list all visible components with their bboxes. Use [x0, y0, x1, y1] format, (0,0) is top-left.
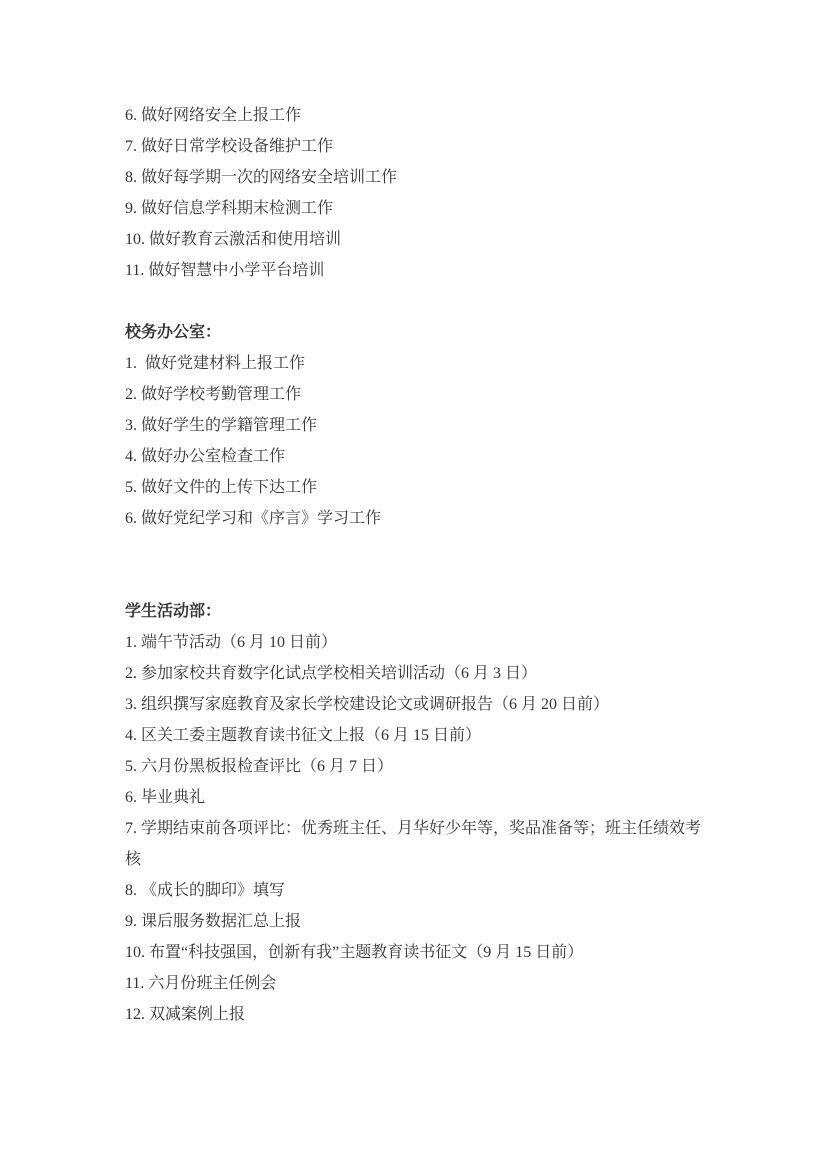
- list-item: 11. 做好智慧中小学平台培训: [125, 255, 703, 286]
- section-student-activities-heading: 学生活动部：: [125, 596, 703, 627]
- list-item: 3. 做好学生的学籍管理工作: [125, 410, 703, 441]
- list-item: 5. 六月份黑板报检查评比（6 月 7 日）: [125, 751, 703, 782]
- list-item: 12. 双减案例上报: [125, 999, 703, 1030]
- document-page: 6. 做好网络安全上报工作7. 做好日常学校设备维护工作8. 做好每学期一次的网…: [0, 0, 827, 1170]
- list-item: 9. 做好信息学科期末检测工作: [125, 193, 703, 224]
- list-item: 4. 做好办公室检查工作: [125, 441, 703, 472]
- list-item: 1. 端午节活动（6 月 10 日前）: [125, 627, 703, 658]
- section-school-affairs-office-heading: 校务办公室：: [125, 317, 703, 348]
- list-item: 6. 做好党纪学习和《序言》学习工作: [125, 503, 703, 534]
- list-item: 2. 做好学校考勤管理工作: [125, 379, 703, 410]
- list-item: 8. 《成长的脚印》填写: [125, 875, 703, 906]
- list-item: 6. 毕业典礼: [125, 782, 703, 813]
- list-item: 11. 六月份班主任例会: [125, 968, 703, 999]
- list-item: 4. 区关工委主题教育读书征文上报（6 月 15 日前）: [125, 720, 703, 751]
- list-item: 9. 课后服务数据汇总上报: [125, 906, 703, 937]
- section-school-affairs-office: 校务办公室：1. 做好党建材料上报工作2. 做好学校考勤管理工作3. 做好学生的…: [125, 317, 703, 534]
- list-item: 8. 做好每学期一次的网络安全培训工作: [125, 162, 703, 193]
- list-item: 5. 做好文件的上传下达工作: [125, 472, 703, 503]
- list-item: 7. 学期结束前各项评比：优秀班主任、月华好少年等，奖品准备等；班主任绩效考核: [125, 813, 703, 875]
- list-item: 10. 做好教育云激活和使用培训: [125, 224, 703, 255]
- list-item: 2. 参加家校共育数字化试点学校相关培训活动（6 月 3 日）: [125, 658, 703, 689]
- list-item: 7. 做好日常学校设备维护工作: [125, 131, 703, 162]
- section-student-activities: 学生活动部：1. 端午节活动（6 月 10 日前）2. 参加家校共育数字化试点学…: [125, 596, 703, 1030]
- list-item: 10. 布置“科技强国，创新有我”主题教育读书征文（9 月 15 日前）: [125, 937, 703, 968]
- list-item: 3. 组织撰写家庭教育及家长学校建设论文或调研报告（6 月 20 日前）: [125, 689, 703, 720]
- section-continued-tasks: 6. 做好网络安全上报工作7. 做好日常学校设备维护工作8. 做好每学期一次的网…: [125, 100, 703, 286]
- list-item: 6. 做好网络安全上报工作: [125, 100, 703, 131]
- document-content: 6. 做好网络安全上报工作7. 做好日常学校设备维护工作8. 做好每学期一次的网…: [125, 100, 703, 1030]
- list-item: 1. 做好党建材料上报工作: [125, 348, 703, 379]
